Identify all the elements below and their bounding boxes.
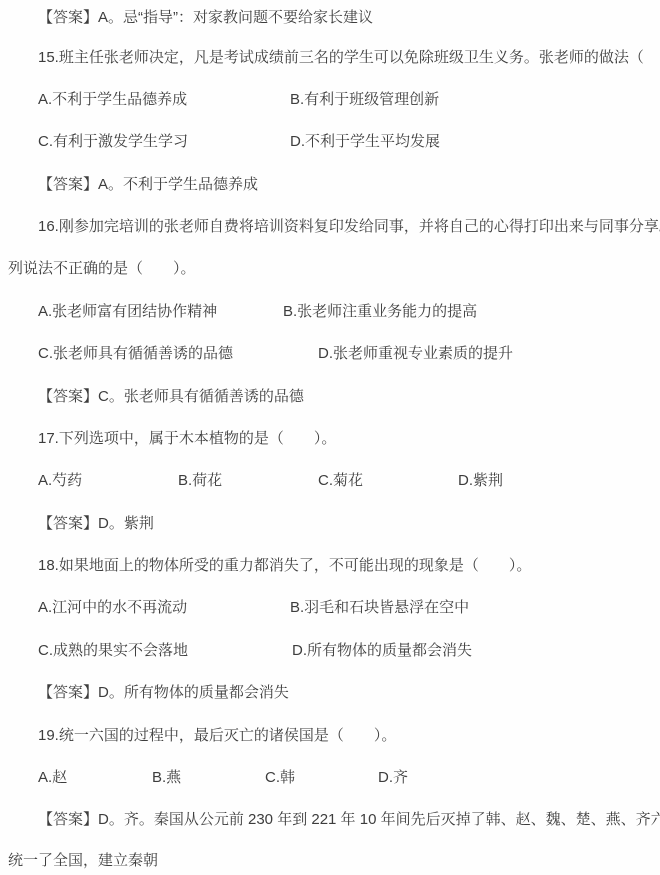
q14-answer-text: 【答案】A。忌“指导”：对家教问题不要给家长建议: [38, 8, 373, 28]
q18-answer-line: 【答案】D。所有物体的质量都会消失: [0, 683, 660, 703]
q17-stem-text: 17.下列选项中，属于木本植物的是（ ）。: [38, 429, 336, 449]
q18-option-d: D.所有物体的质量都会消失: [292, 641, 472, 661]
q17-option-a: A.芍药: [38, 471, 82, 491]
q14-answer-line: 【答案】A。忌“指导”：对家教问题不要给家长建议: [0, 8, 660, 28]
q15-option-b: B.有利于班级管理创新: [290, 90, 439, 110]
q16-options-row-2: C.张老师具有循循善诱的品德 D.张老师重视专业素质的提升: [0, 344, 660, 364]
q16-option-b: B.张老师注重业务能力的提高: [283, 302, 477, 322]
q15-option-d: D.不利于学生平均发展: [290, 132, 440, 152]
q15-answer-text: 【答案】A。不利于学生品德养成: [38, 175, 258, 195]
q19-answer-text-1: 【答案】D。齐。秦国从公元前 230 年到 221 年 10 年间先后灭掉了韩、…: [38, 810, 660, 830]
q16-stem-line-2: 列说法不正确的是（ ）。: [0, 259, 660, 279]
q15-option-c: C.有利于激发学生学习: [38, 132, 188, 152]
q16-options-row-1: A.张老师富有团结协作精神 B.张老师注重业务能力的提高: [0, 302, 660, 322]
q17-option-c: C.菊花: [318, 471, 363, 491]
q19-option-c: C.韩: [265, 768, 295, 788]
q17-option-b: B.荷花: [178, 471, 222, 491]
q18-option-b: B.羽毛和石块皆悬浮在空中: [290, 598, 469, 618]
q18-stem-line: 18.如果地面上的物体所受的重力都消失了，不可能出现的现象是（ ）。: [0, 556, 660, 576]
q19-answer-line-2: 统一了全国，建立秦朝: [0, 851, 660, 871]
q17-answer-line: 【答案】D。紫荆: [0, 514, 660, 534]
q17-option-d: D.紫荆: [458, 471, 503, 491]
q16-option-a: A.张老师富有团结协作精神: [38, 302, 217, 322]
q19-option-d: D.齐: [378, 768, 408, 788]
q18-option-a: A.江河中的水不再流动: [38, 598, 187, 618]
q17-options-row: A.芍药 B.荷花 C.菊花 D.紫荆: [0, 471, 660, 491]
q18-answer-text: 【答案】D。所有物体的质量都会消失: [38, 683, 289, 703]
q17-answer-text: 【答案】D。紫荆: [38, 514, 154, 534]
q18-options-row-2: C.成熟的果实不会落地 D.所有物体的质量都会消失: [0, 641, 660, 661]
q16-answer-text: 【答案】C。张老师具有循循善诱的品德: [38, 387, 304, 407]
q15-stem-text: 15.班主任张老师决定，凡是考试成绩前三名的学生可以免除班级卫生义务。张老师的做…: [38, 48, 660, 68]
q19-stem-text: 19.统一六国的过程中，最后灭亡的诸侯国是（ ）。: [38, 726, 396, 746]
q19-option-a: A.赵: [38, 768, 67, 788]
q15-stem-line: 15.班主任张老师决定，凡是考试成绩前三名的学生可以免除班级卫生义务。张老师的做…: [0, 48, 660, 68]
q16-stem-text-2: 列说法不正确的是（ ）。: [8, 259, 196, 279]
q18-stem-text: 18.如果地面上的物体所受的重力都消失了，不可能出现的现象是（ ）。: [38, 556, 531, 576]
q19-stem-line: 19.统一六国的过程中，最后灭亡的诸侯国是（ ）。: [0, 726, 660, 746]
q19-options-row: A.赵 B.燕 C.韩 D.齐: [0, 768, 660, 788]
q15-answer-line: 【答案】A。不利于学生品德养成: [0, 175, 660, 195]
q19-answer-text-2: 统一了全国，建立秦朝: [8, 851, 158, 871]
exam-document-page: 【答案】A。忌“指导”：对家教问题不要给家长建议 15.班主任张老师决定，凡是考…: [0, 0, 660, 875]
q15-option-a: A.不利于学生品德养成: [38, 90, 187, 110]
q19-answer-line-1: 【答案】D。齐。秦国从公元前 230 年到 221 年 10 年间先后灭掉了韩、…: [0, 810, 660, 830]
q19-option-b: B.燕: [152, 768, 181, 788]
q15-options-row-1: A.不利于学生品德养成 B.有利于班级管理创新: [0, 90, 660, 110]
q16-answer-line: 【答案】C。张老师具有循循善诱的品德: [0, 387, 660, 407]
q18-options-row-1: A.江河中的水不再流动 B.羽毛和石块皆悬浮在空中: [0, 598, 660, 618]
q17-stem-line: 17.下列选项中，属于木本植物的是（ ）。: [0, 429, 660, 449]
q16-stem-line-1: 16.刚参加完培训的张老师自费将培训资料复印发给同事，并将自己的心得打印出来与同…: [0, 217, 660, 237]
q16-option-c: C.张老师具有循循善诱的品德: [38, 344, 233, 364]
q16-stem-text-1: 16.刚参加完培训的张老师自费将培训资料复印发给同事，并将自己的心得打印出来与同…: [38, 217, 660, 237]
q18-option-c: C.成熟的果实不会落地: [38, 641, 188, 661]
q15-options-row-2: C.有利于激发学生学习 D.不利于学生平均发展: [0, 132, 660, 152]
q16-option-d: D.张老师重视专业素质的提升: [318, 344, 513, 364]
